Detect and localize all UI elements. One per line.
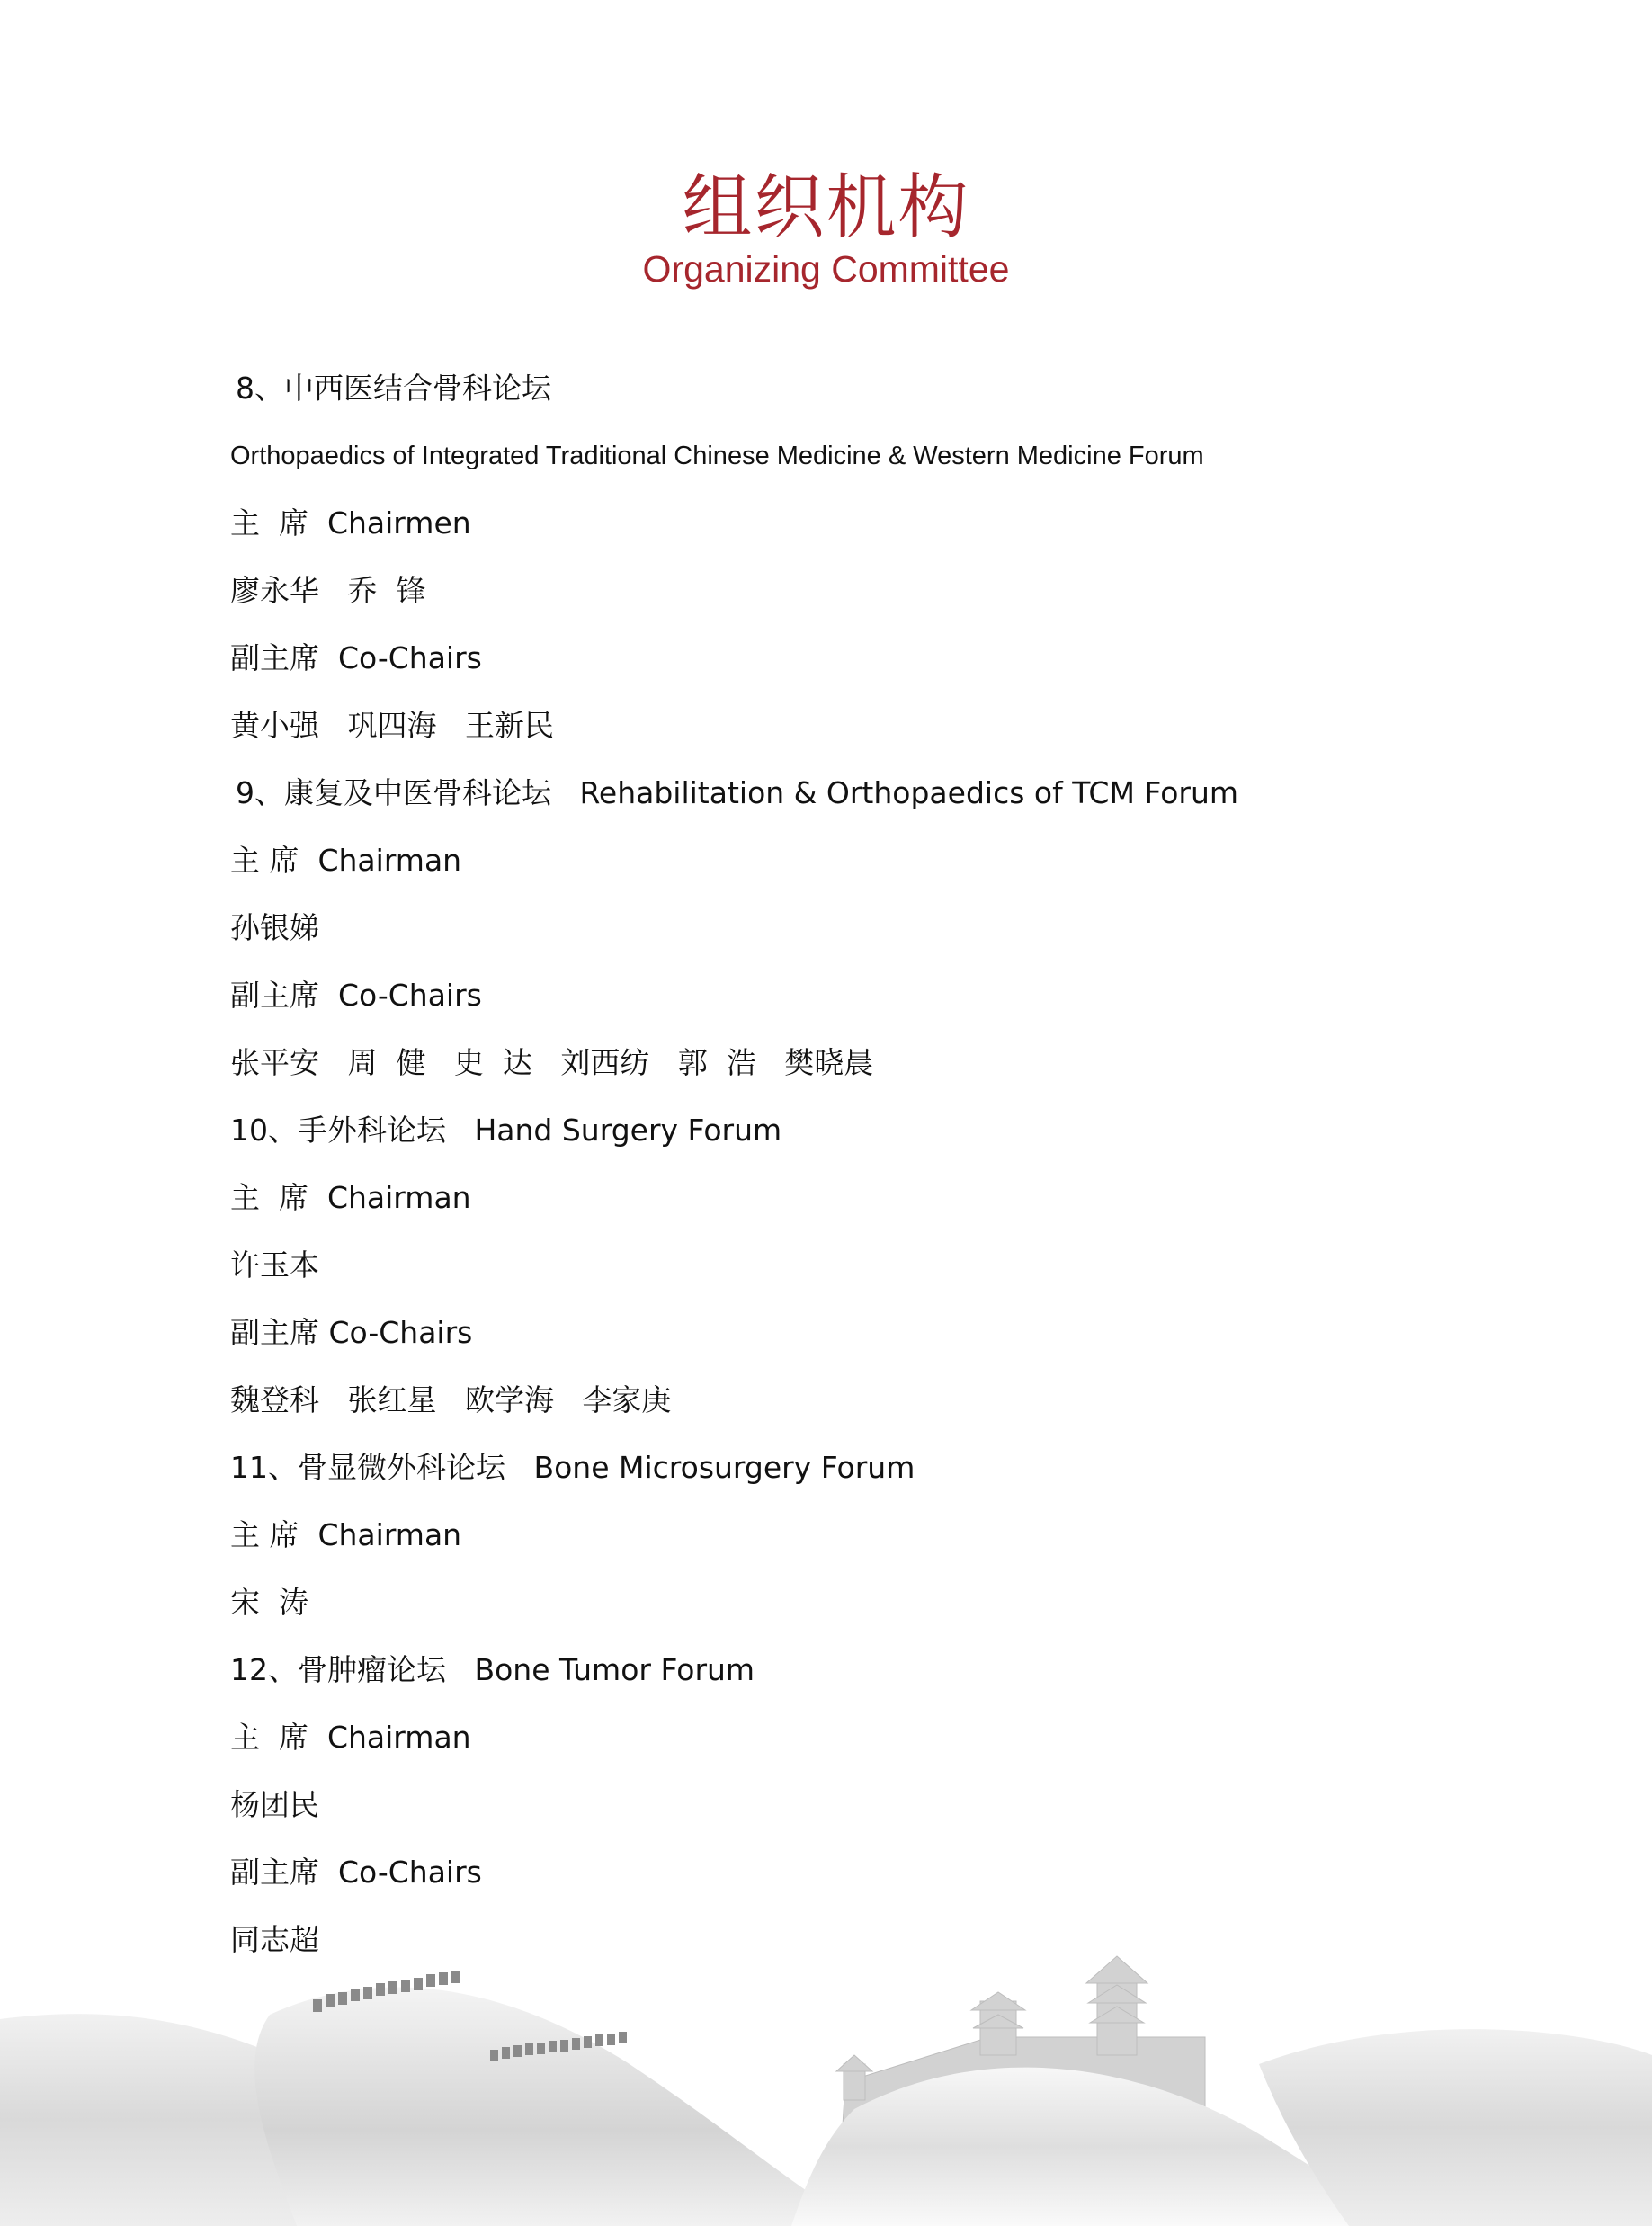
desert-scenery-illustration bbox=[0, 1929, 1652, 2226]
forum-8-cochair-names: 黄小强 巩四海 王新民 bbox=[230, 704, 1489, 772]
forum-9-chair-label: 主 席 Chairman bbox=[230, 839, 1489, 907]
forum-9-cochair-names: 张平安 周 健 史 达 刘西纺 郭 浩 樊晓晨 bbox=[230, 1041, 1489, 1109]
page-title-chinese: 组织机构 bbox=[0, 166, 1652, 249]
committee-list: 8、中西医结合骨科论坛 Orthopaedics of Integrated T… bbox=[230, 367, 1489, 1986]
forum-8-chair-names: 廖永华 乔 锋 bbox=[230, 569, 1489, 637]
page-title-english: Organizing Committee bbox=[0, 247, 1652, 291]
forum-10-heading: 10、手外科论坛 Hand Surgery Forum bbox=[230, 1109, 1489, 1176]
forum-8-heading: 8、中西医结合骨科论坛 bbox=[230, 367, 1489, 434]
forum-9-heading: 9、康复及中医骨科论坛 Rehabilitation & Orthopaedic… bbox=[230, 772, 1489, 839]
forum-10-chair-label: 主 席 Chairman bbox=[230, 1176, 1489, 1244]
forum-12-cochair-label: 副主席 Co-Chairs bbox=[230, 1851, 1489, 1918]
forum-11-chair-names: 宋 涛 bbox=[230, 1581, 1489, 1649]
forum-8-heading-english: Orthopaedics of Integrated Traditional C… bbox=[230, 434, 1489, 502]
forum-8-chair-label: 主 席 Chairmen bbox=[230, 502, 1489, 569]
page-title-block: 组织机构 Organizing Committee bbox=[0, 166, 1652, 291]
forum-11-heading: 11、骨显微外科论坛 Bone Microsurgery Forum bbox=[230, 1446, 1489, 1514]
forum-8-cochair-label: 副主席 Co-Chairs bbox=[230, 637, 1489, 704]
forum-10-cochair-label: 副主席 Co-Chairs bbox=[230, 1311, 1489, 1379]
forum-12-chair-label: 主 席 Chairman bbox=[230, 1716, 1489, 1783]
forum-12-heading: 12、骨肿瘤论坛 Bone Tumor Forum bbox=[230, 1649, 1489, 1716]
forum-9-chair-names: 孙银娣 bbox=[230, 907, 1489, 974]
forum-11-chair-label: 主 席 Chairman bbox=[230, 1514, 1489, 1581]
forum-10-cochair-names: 魏登科 张红星 欧学海 李家庚 bbox=[230, 1379, 1489, 1446]
forum-9-cochair-label: 副主席 Co-Chairs bbox=[230, 974, 1489, 1041]
forum-12-chair-names: 杨团民 bbox=[230, 1783, 1489, 1851]
forum-10-chair-names: 许玉本 bbox=[230, 1244, 1489, 1311]
